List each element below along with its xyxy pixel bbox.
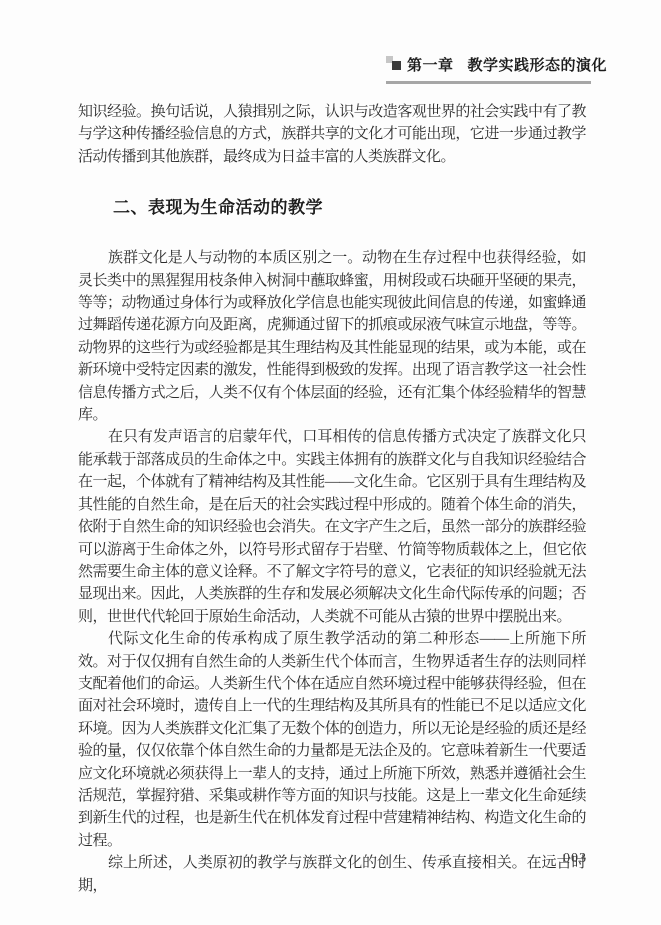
chapter-number: 第一章 <box>407 54 454 75</box>
chapter-header: 第一章 教学实践形态的演化 <box>386 54 591 84</box>
paragraph: 代际文化生命的传承构成了原生教学活动的第二种形态——上所施下所效。对于仅仅拥有自… <box>78 628 586 852</box>
section-heading: 二、表现为生命活动的教学 <box>78 196 586 220</box>
book-page: 第一章 教学实践形态的演化 知识经验。换句话说，人猿揖别之际，认识与改造客观世界… <box>0 0 661 925</box>
page-number: 003 <box>563 851 587 867</box>
paragraph: 族群文化是人与动物的本质区别之一。动物在生存过程中也获得经验，如灵长类中的黑猩猩… <box>78 247 586 426</box>
paragraph: 综上所述，人类原初的教学与族群文化的创生、传承直接相关。在远古时期， <box>78 852 586 897</box>
paragraph: 在只有发声语言的启蒙年代，口耳相传的信息传播方式决定了族群文化只能承载于部落成员… <box>78 426 586 628</box>
header-rule <box>386 81 591 84</box>
page-body: 知识经验。换句话说，人猿揖别之际，认识与改造客观世界的社会实践中有了教与学这种传… <box>78 101 586 897</box>
chapter-marker-icon <box>386 56 403 72</box>
marker-square-dark <box>392 61 401 70</box>
paragraph-continuation: 知识经验。换句话说，人猿揖别之际，认识与改造客观世界的社会实践中有了教与学这种传… <box>78 101 586 168</box>
chapter-header-row: 第一章 教学实践形态的演化 <box>386 54 591 74</box>
chapter-title: 教学实践形态的演化 <box>468 54 608 75</box>
